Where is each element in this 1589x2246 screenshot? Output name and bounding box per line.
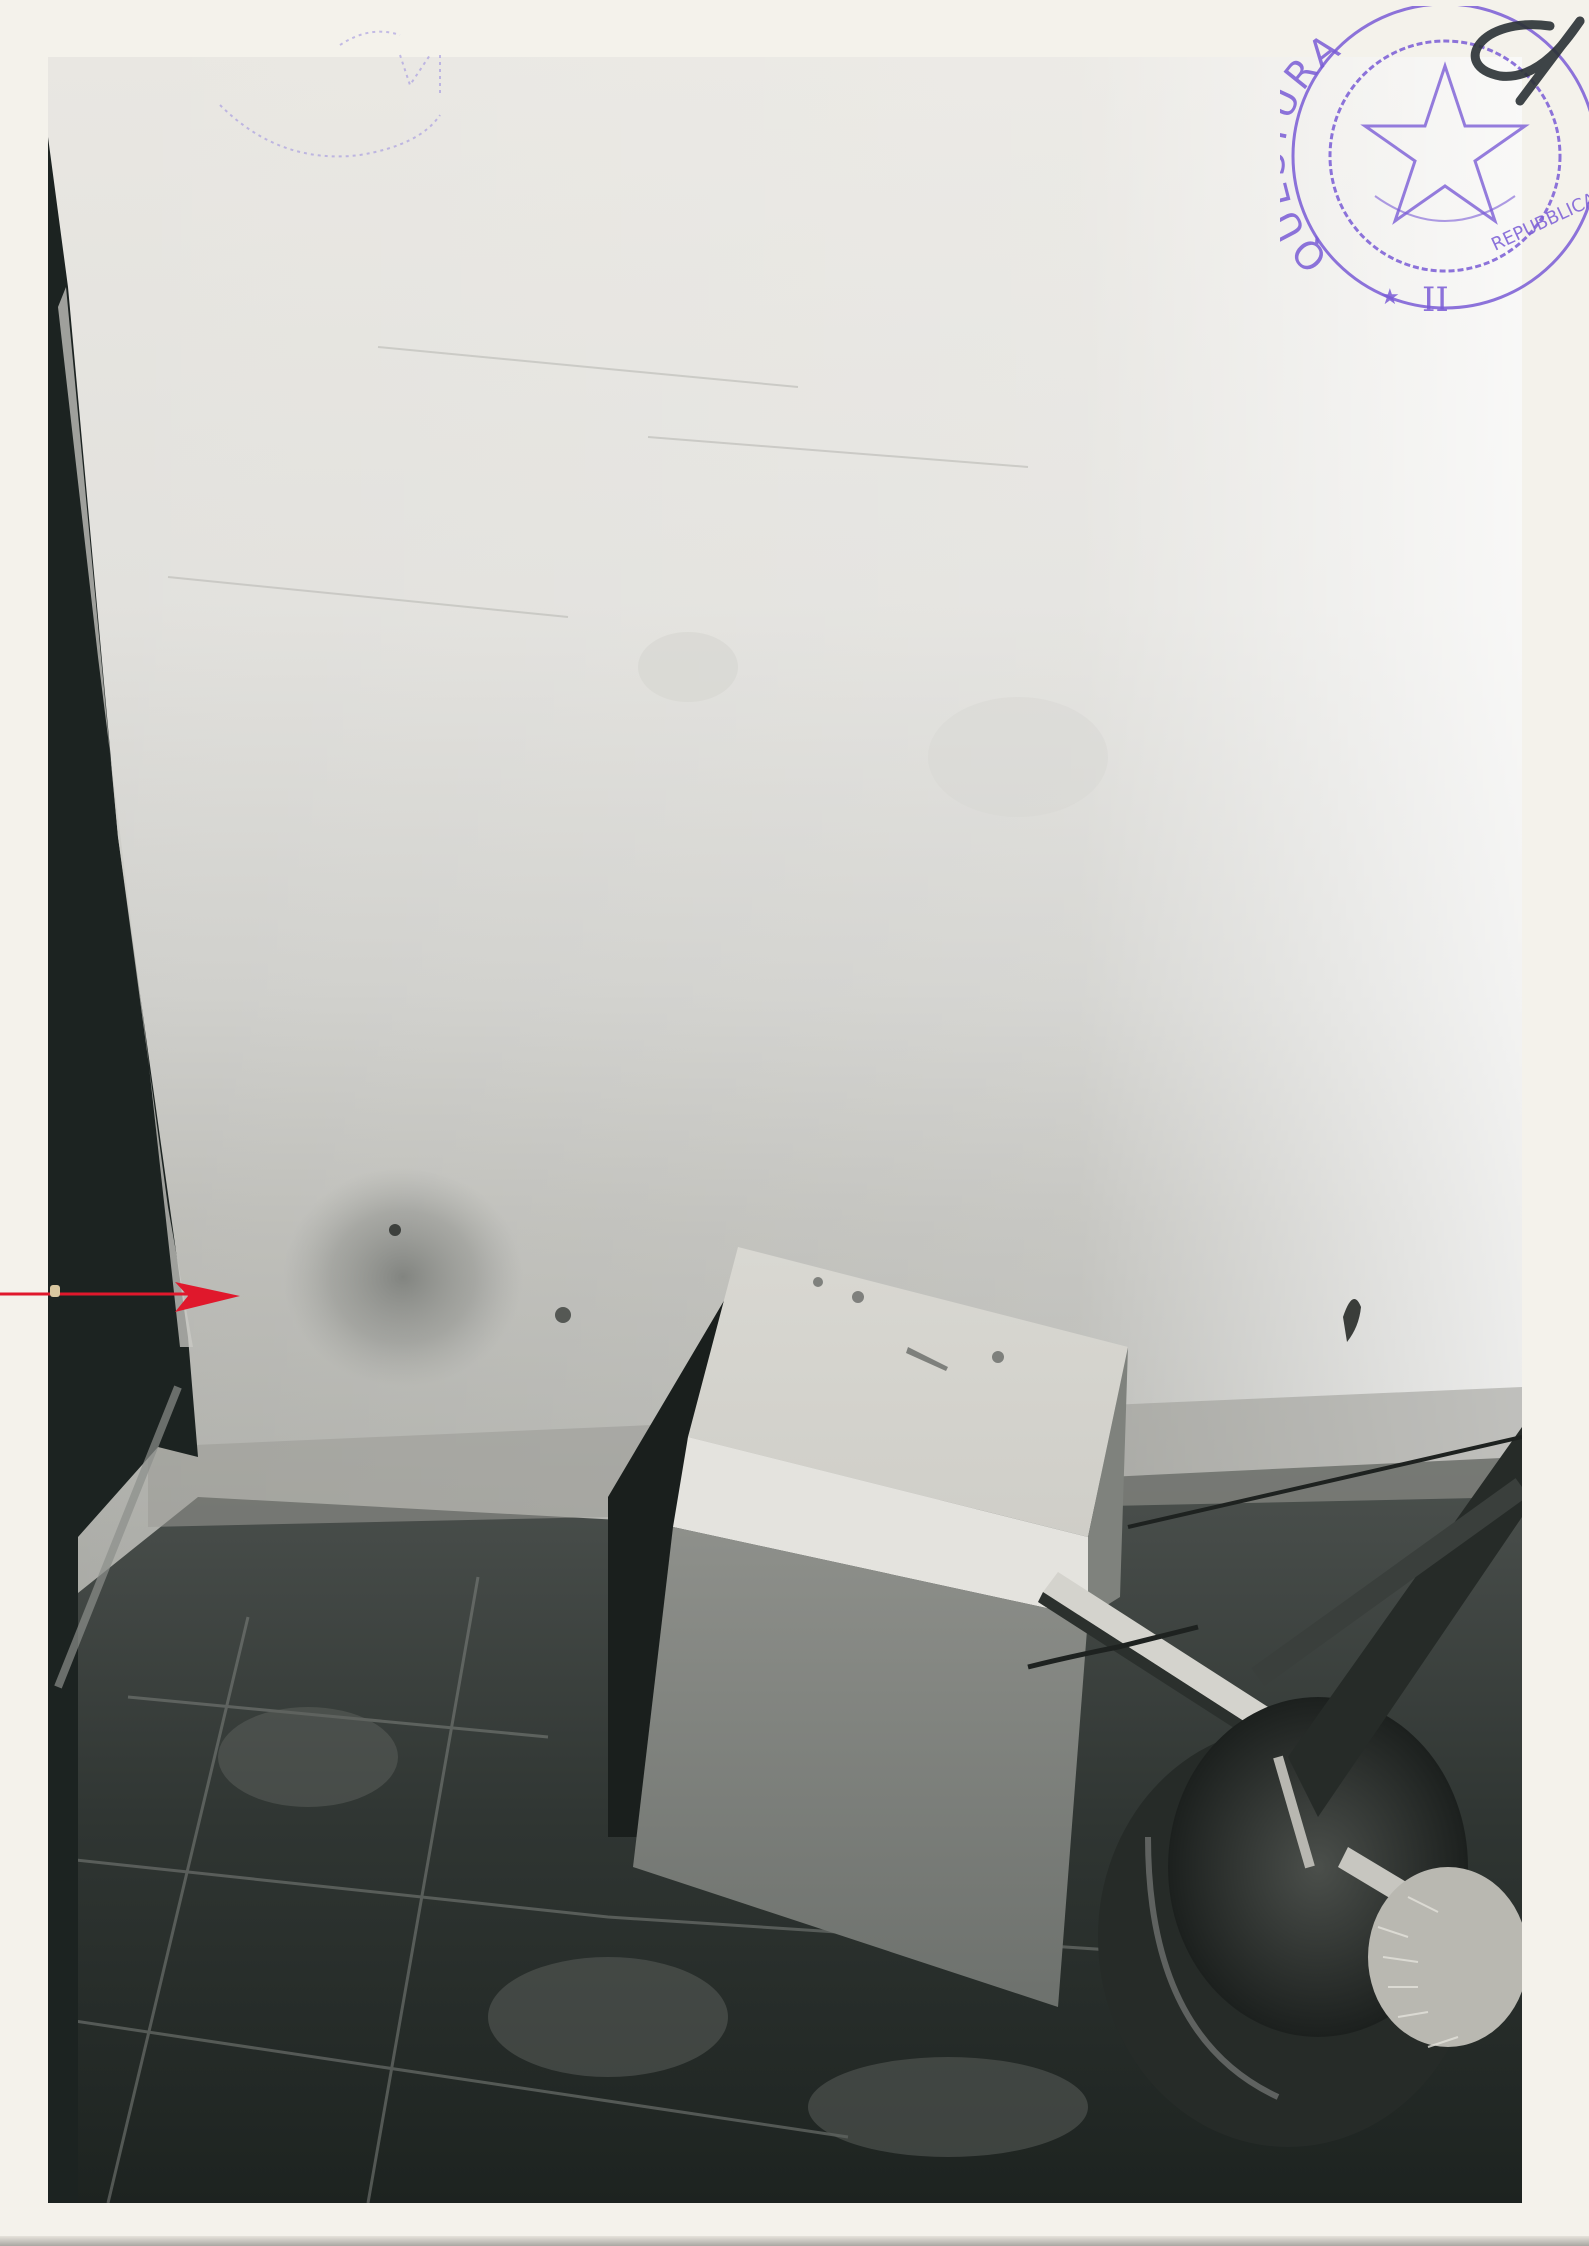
photograph [48, 57, 1522, 2203]
pin-mark [50, 1285, 60, 1297]
broom-head [1368, 1867, 1522, 2047]
photograph-scene [48, 57, 1522, 2203]
paper-edge [0, 2236, 1589, 2246]
